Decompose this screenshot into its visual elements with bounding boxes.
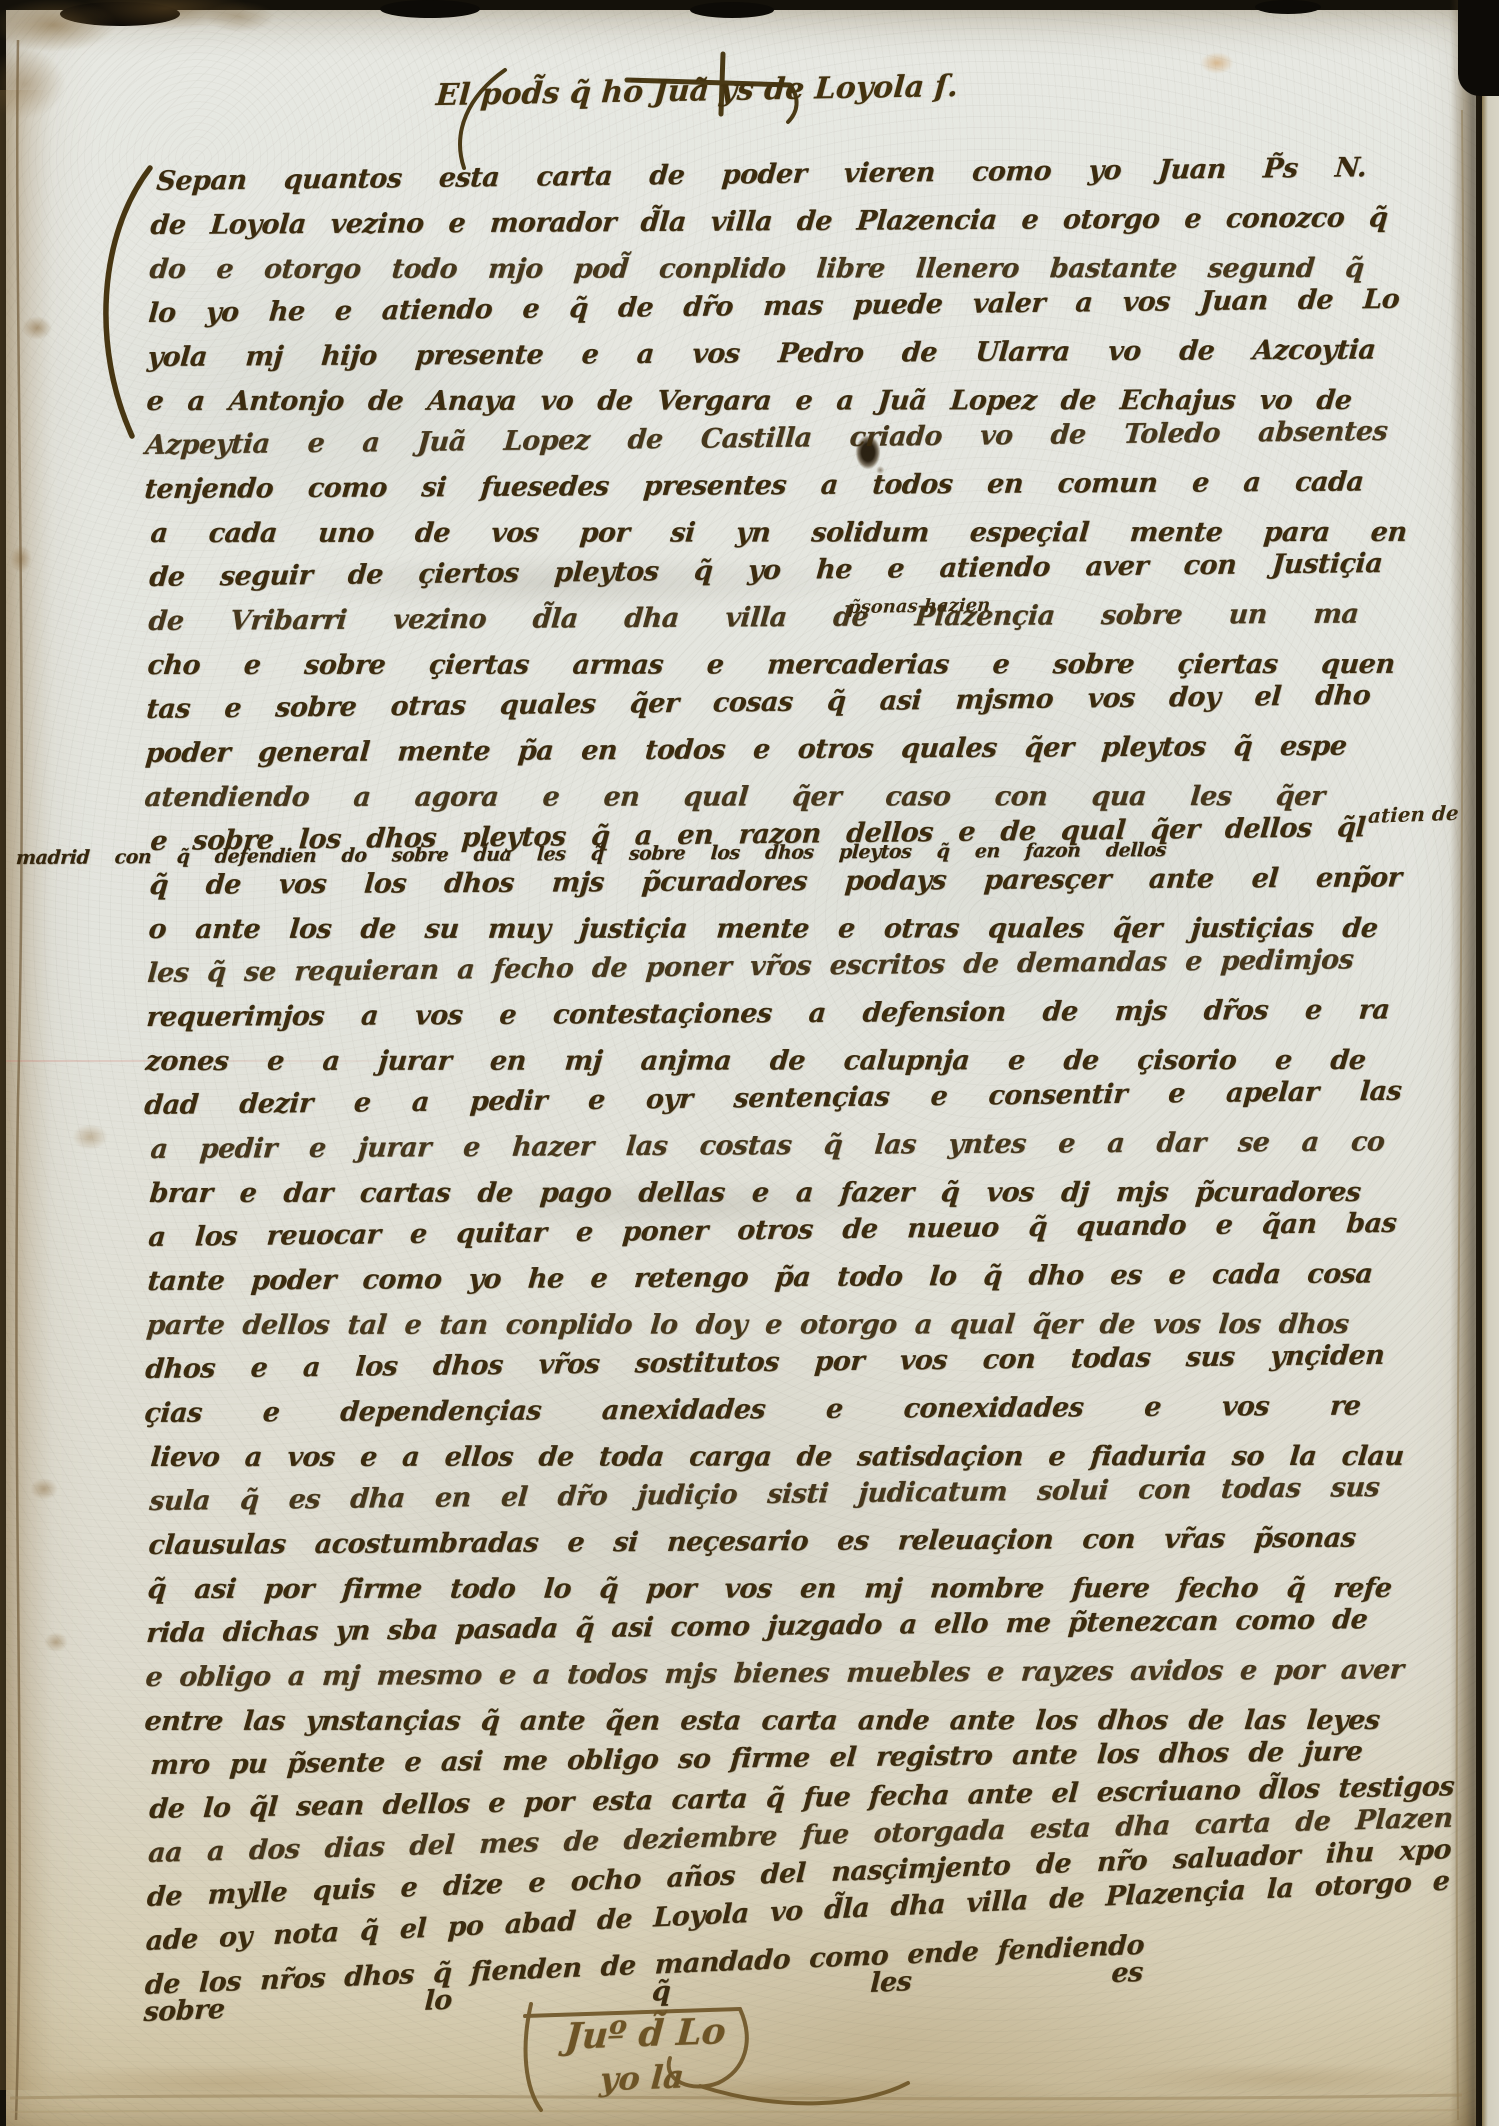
manuscript-line: dhos e a los dhos vr̃os sostitutos por v… [144, 1342, 1385, 1388]
scanned-manuscript-photo: { "page": { "header": { "title": "El pod… [0, 0, 1499, 2126]
manuscript-line: a los reuocar e quitar e poner otros de … [147, 1210, 1397, 1256]
manuscript-line: entre las ynstançias q̃ ante q̃en esta c… [143, 1707, 1381, 1740]
manuscript-line: tas e sobre otras quales q̃er cosas q̃ a… [145, 682, 1371, 728]
manuscript-line: poder general mente p̃a en todos e otros… [144, 733, 1348, 772]
manuscript-line: o ante los de su muy justiçia mente e ot… [147, 915, 1379, 948]
interline-insertion: p̃sonas hazien [847, 597, 990, 618]
manuscript-line: de Vribarri vezino d̃la dha villa de Pla… [147, 601, 1360, 640]
manuscript-line: les q̃ se requieran a fecho de poner vr̃… [146, 946, 1354, 992]
manuscript-line: yola mj hijo presente e a vos Pedro de U… [146, 336, 1377, 376]
manuscript-line: a cada uno de vos por si yn solidum espe… [149, 519, 1408, 552]
manuscript-line: parte dellos tal e tan conplido lo doy e… [145, 1311, 1350, 1344]
manuscript-line: requerimjos a vos e contestaçiones a def… [145, 996, 1391, 1036]
manuscript-line: q̃ de vos los dhos mjs p̃curadores poday… [148, 864, 1403, 904]
manuscript-line: a pedir e jurar e hazer las costas q̃ la… [149, 1128, 1386, 1168]
manuscript-body: Sepan quantos esta carta de poder vieren… [0, 0, 1499, 2126]
manuscript-line: lievo a vos e a ellos de toda carga de s… [149, 1443, 1405, 1476]
manuscript-line: clausulas acostumbradas e si neçesario e… [147, 1525, 1357, 1564]
manuscript-line: brar e dar cartas de pago dellas e a faz… [148, 1179, 1362, 1212]
manuscript-line: e a Antonjo de Anaya vo de Vergara e a J… [145, 387, 1353, 420]
manuscript-line: de Loyola vezino e morador d̃la villa de… [149, 204, 1389, 244]
manuscript-line: e obligo a mj mesmo e a todos mjs bienes… [144, 1656, 1405, 1696]
manuscript-line: dad dezir e a pedir e oyr sentençias e c… [143, 1078, 1402, 1124]
manuscript-line: çias e dependençias anexidades e conexid… [143, 1393, 1362, 1432]
manuscript-line: tenjendo como si fuesedes presentes a to… [143, 469, 1365, 508]
manuscript-line: sula q̃ es dha en el dr̃o judiçio sisti … [148, 1474, 1380, 1520]
manuscript-line: do e otorgo todo mjo pod̃ conplido libre… [148, 255, 1365, 288]
manuscript-line: atendiendo a agora e en qual q̃er caso c… [143, 783, 1326, 816]
manuscript-line: q̃ asi por firme todo lo q̃ por vos en m… [146, 1575, 1393, 1608]
manuscript-line: tante poder como yo he e retengo p̃a tod… [146, 1261, 1374, 1300]
manuscript-line: cho e sobre çiertas armas e mercaderias … [146, 651, 1396, 684]
signature-name-line2: yo la [599, 2060, 685, 2095]
manuscript-line: rida dichas yn sba pasada q̃ asi como ju… [145, 1606, 1368, 1652]
manuscript-line: zones e a jurar en mj anjma de calupnja … [144, 1047, 1367, 1080]
manuscript-line: de seguir de çiertos pleytos q̃ yo he e … [148, 550, 1383, 596]
right-margin-catchword: atien de [1367, 802, 1478, 827]
manuscript-line: Azpeytia e a Juã Lopez de Castilla criad… [144, 418, 1388, 464]
manuscript-line: lo yo he e atiendo e q̃ de dr̃o mas pued… [147, 286, 1400, 332]
signature-name-line1: Juº d̃ Lo [564, 2013, 727, 2055]
manuscript-line: Sepan quantos esta carta de poder vieren… [155, 154, 1367, 200]
